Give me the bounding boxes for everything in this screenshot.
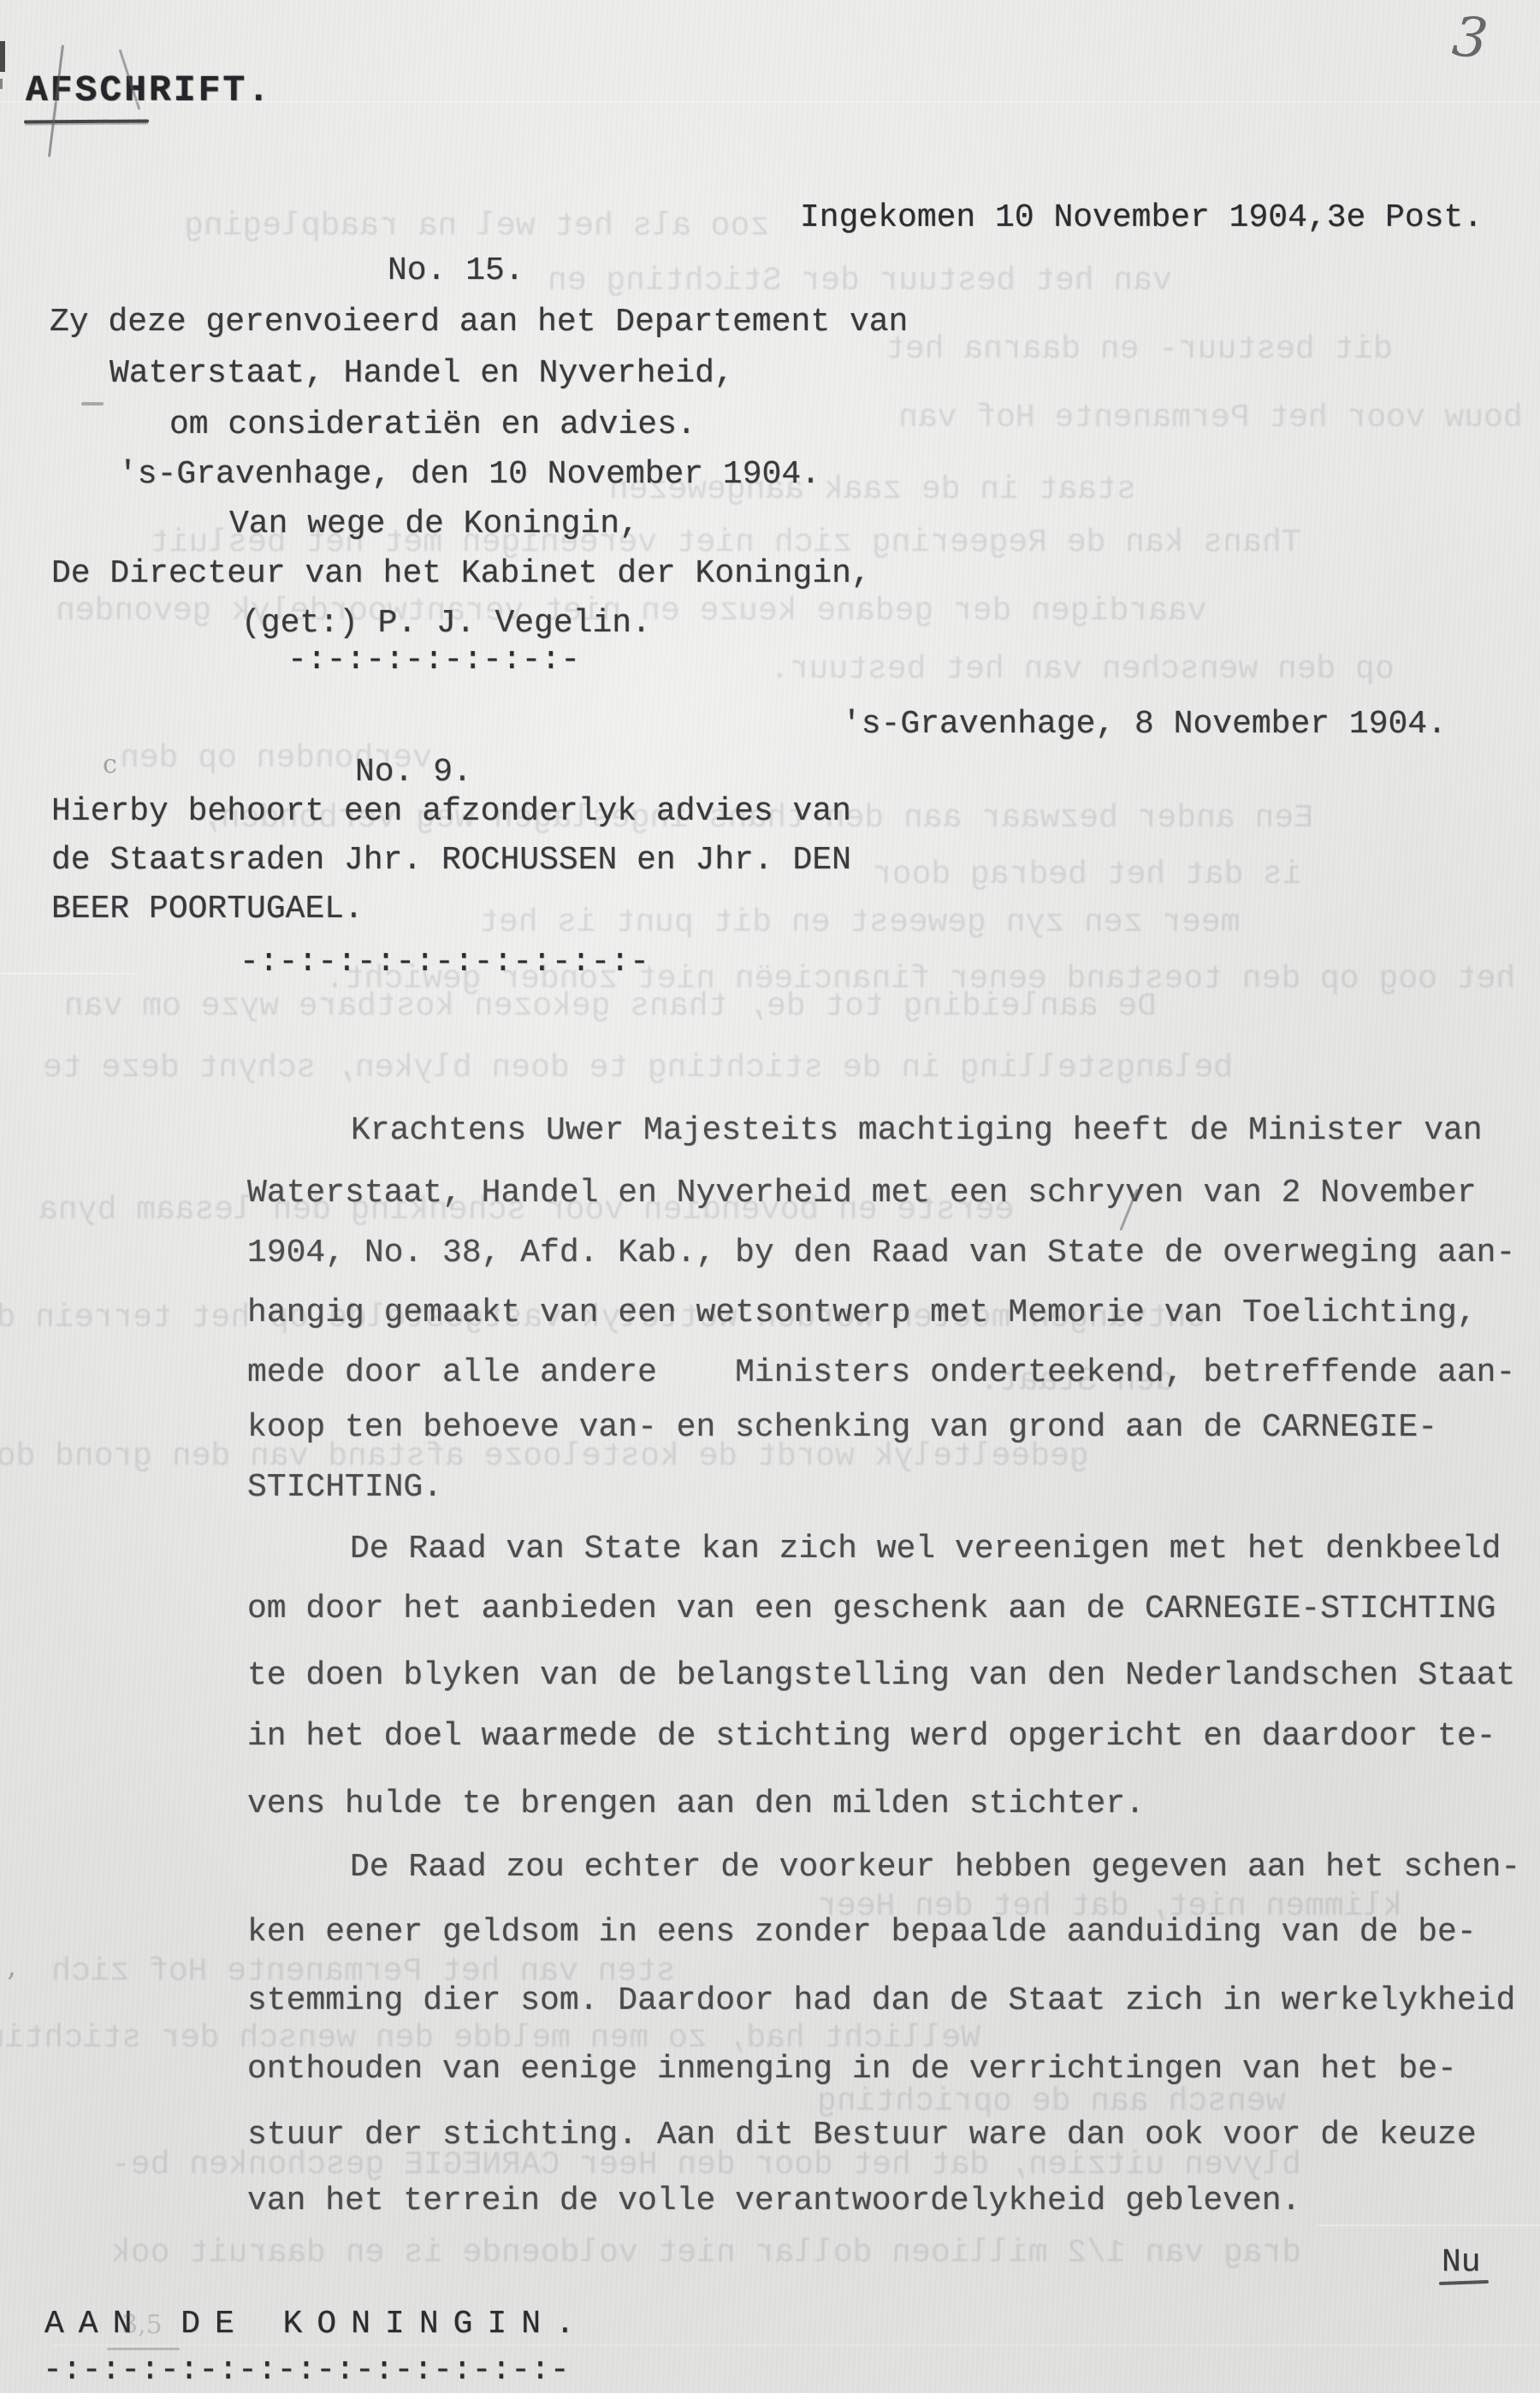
catchword-underline: [1439, 2280, 1489, 2285]
body-line: STICHTING.: [247, 1472, 442, 1504]
place-date-line: 's-Gravenhage, 8 November 1904.: [842, 708, 1447, 741]
scanned-document-page: zoo als het wel na raadpleging van het b…: [0, 0, 1540, 2393]
crease-line: [0, 973, 137, 974]
body-line: De Raad zou echter de voorkeur hebben ge…: [350, 1851, 1520, 1884]
doc-number-15: No. 15.: [388, 255, 524, 287]
margin-mark: ‚: [7, 1949, 16, 1983]
body-line: onthouden van eenige inmenging in de ver…: [247, 2053, 1457, 2086]
edge-speck: [0, 79, 3, 89]
body-line: in het doel waarmede de stichting werd o…: [247, 1721, 1496, 1753]
bleedthrough-line: zoo als het wel na raadpleging: [184, 210, 769, 243]
catchword: Nu: [1442, 2247, 1481, 2279]
body-line: stuur der stichting. Aan dit Bestuur war…: [247, 2119, 1477, 2152]
pencil-stroke: [107, 2348, 180, 2350]
margin-dash-mark: [81, 402, 104, 406]
typewritten-line: Van wege de Koningin,: [229, 508, 639, 541]
bleedthrough-line: op den wenschen van het bestuur.: [770, 654, 1395, 686]
copy-stamp-underline: [24, 119, 149, 123]
bleedthrough-line: drag van 1/2 millioen dollar niet voldoe…: [111, 2237, 1301, 2270]
typewritten-line: de Staatsraden Jhr. ROCHUSSEN en Jhr. DE…: [51, 844, 851, 877]
body-line: mede door alle andere Ministers ondertee…: [247, 1357, 1515, 1389]
body-line: Waterstaat, Handel en Nyverheid met een …: [247, 1177, 1477, 1210]
typewritten-line: Zy deze gerenvoieerd aan het Departement…: [50, 306, 908, 339]
page-number: 3: [1449, 5, 1490, 72]
edge-speck: [0, 41, 5, 72]
body-line: hangig gemaakt van een wetsontwerp met M…: [247, 1297, 1477, 1330]
body-line: 1904, No. 38, Afd. Kab., by den Raad van…: [247, 1237, 1515, 1270]
bleedthrough-line: meer zen zyn geweest en dit punt is het: [479, 907, 1240, 939]
bleedthrough-line: belangstelling in de stichting te doen b…: [43, 1052, 1233, 1085]
body-line: om door het aanbieden van een geschenk a…: [247, 1593, 1496, 1626]
place-date-line: 's-Gravenhage, den 10 November 1904.: [118, 459, 820, 491]
section-divider: -:-:-:-:-:-:-:-: [287, 644, 580, 677]
body-line: De Raad van State kan zich wel vereenige…: [350, 1533, 1501, 1566]
body-line: stemming dier som. Daardoor had dan de S…: [247, 1985, 1515, 2017]
bleedthrough-line: De aanleiding tot de, thans gekozen kost…: [64, 991, 1157, 1023]
bleedthrough-line: blyven uitzien, dat het door den Heer CA…: [111, 2149, 1301, 2182]
crease-line: [0, 101, 1540, 103]
bleedthrough-line: dit bestuur- en daarna het: [885, 334, 1393, 366]
typewritten-line: De Directeur van het Kabinet der Koningi…: [51, 558, 871, 590]
typewritten-line: om consideratiën en advies.: [169, 409, 696, 441]
bleedthrough-line: bouw voor het Permanente Hof van: [898, 402, 1523, 435]
bleedthrough-line: van het bestuur der Stichting en: [548, 265, 1172, 298]
typewritten-line: BEER POORTUGAEL.: [51, 893, 364, 926]
body-line: koop ten behoeve van- en schenking van g…: [247, 1412, 1437, 1444]
crease-line: [51, 2344, 1540, 2346]
typewritten-line: Hierby behoort een afzonderlyk advies va…: [51, 796, 851, 828]
typewritten-line: Waterstaat, Handel en Nyverheid,: [110, 358, 734, 390]
body-line: vens hulde te brengen aan den milden sti…: [247, 1788, 1145, 1821]
signature-line: (get:) P. J. Vegelin.: [241, 607, 651, 640]
section-divider: -:-:-:-:-:-:-:-:-:-:-:-:-:-: [43, 2354, 570, 2387]
copy-stamp: AFSCHRIFT.: [26, 72, 272, 109]
faint-pencil-note: 3,5: [121, 2310, 163, 2340]
bleedthrough-line: wensch aan de oprichting: [817, 2086, 1285, 2118]
received-stamp: Ingekomen 10 November 1904,3e Post.: [800, 202, 1483, 234]
doc-number-9: No. 9.: [355, 756, 472, 789]
margin-mark: c: [103, 749, 117, 779]
body-line: ken eener geldsom in eens zonder bepaald…: [247, 1916, 1477, 1949]
section-divider: -:-:-:-:-:-:-:-:-:-:-: [240, 946, 649, 979]
body-line: te doen blyken van de belangstelling van…: [247, 1660, 1515, 1692]
crease-line: [1318, 2224, 1540, 2226]
body-line: van het terrein de volle verantwoordelyk…: [247, 2185, 1300, 2218]
bleedthrough-line: is dat het bedrag door: [873, 859, 1302, 891]
body-line: Krachtens Uwer Majesteits machtiging hee…: [351, 1115, 1483, 1147]
